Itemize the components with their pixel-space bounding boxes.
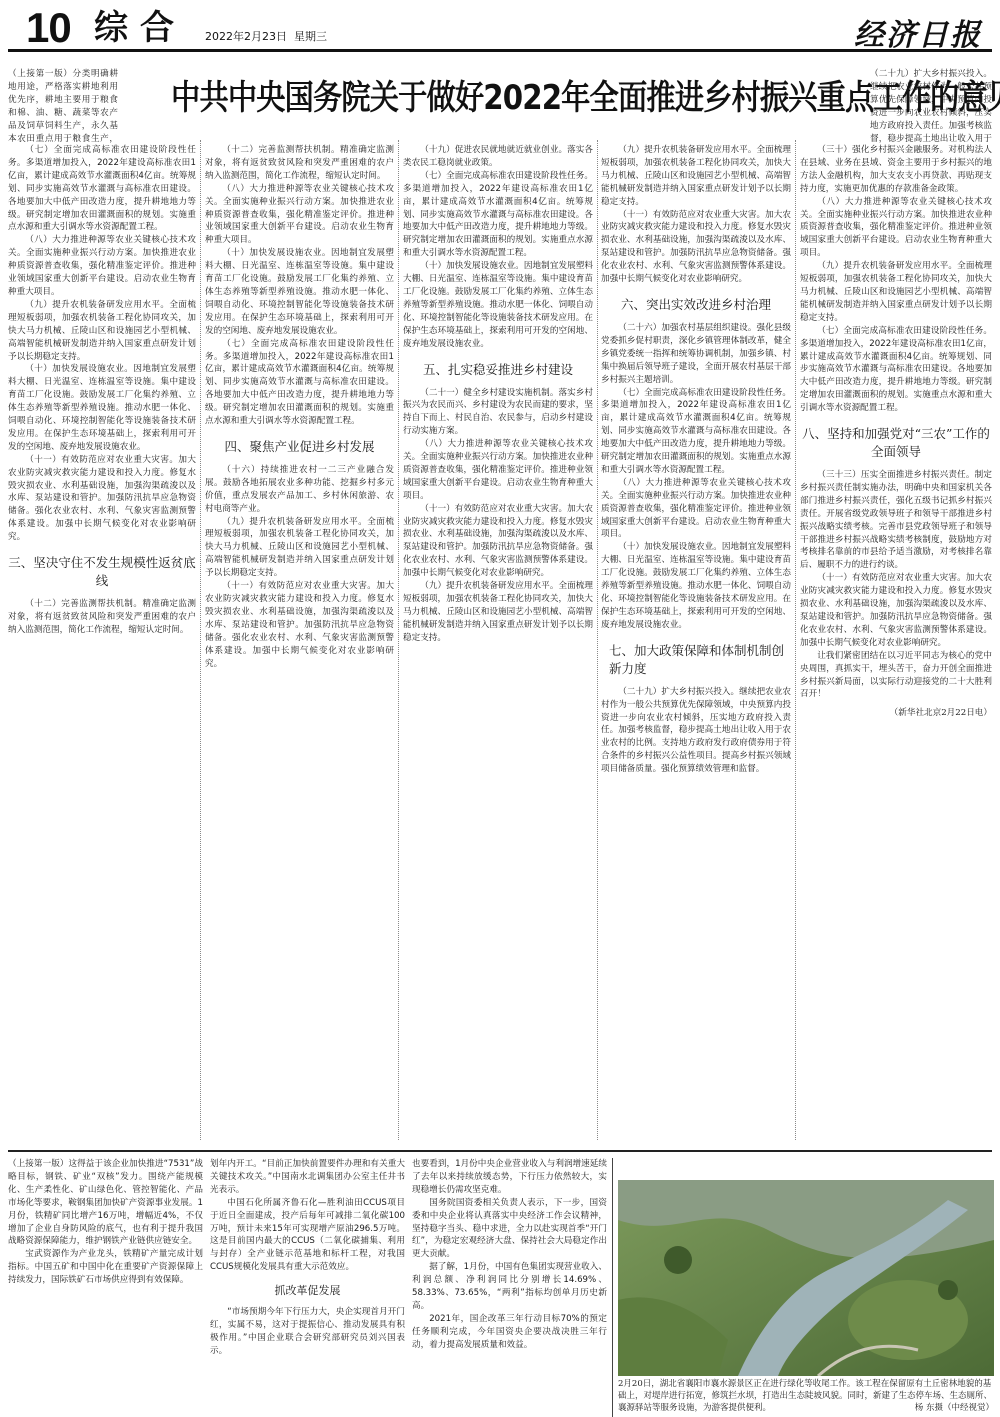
section-name: 综合 [94, 8, 186, 48]
masthead: 10 综合 2022年2月23日 星期三 经济日报 [8, 0, 992, 52]
paragraph: （上接第一版）这得益于该企业加快推进“7531”战略目标，钢铁、矿业“双核”发力… [8, 1158, 203, 1248]
subheading: 抓改革促发展 [210, 1282, 405, 1300]
paragraph: （七）全面完成高标准农田建设阶段性任务。多渠道增加投入，2022年建设高标准农田… [601, 387, 791, 477]
lead-paragraph: （上接第一版）分类明确耕地用途，严格落实耕地利用优先序，耕地主要用于粮食和棉、油… [8, 68, 118, 144]
paragraph: （七）全面完成高标准农田建设阶段性任务。多渠道增加投入，2022年建设高标准农田… [205, 338, 394, 428]
story-separator [8, 1150, 992, 1152]
page-number: 10 [26, 6, 71, 50]
paragraph: “市场预期今年下行压力大，央企实现首月开门红，实属不易，这对于提振信心、推动发展… [210, 1306, 405, 1358]
paragraph: （十一）有效防范应对农业重大灾害。加大农业防灾减灾救灾能力建设和投入力度。修复水… [403, 503, 593, 580]
column-rule [612, 1158, 613, 1417]
dateline: （新华社北京2月22日电） [800, 707, 992, 720]
paragraph: （八）大力推进种源等农业关键核心技术攻关。全面实施种业振兴行动方案。加快推进农业… [205, 183, 394, 248]
paragraph: （十一）有效防范应对农业重大灾害。加大农业防灾减灾救灾能力建设和投入力度。修复水… [205, 580, 394, 670]
column-rule [200, 140, 201, 1140]
paragraph: （二十九）扩大乡村振兴投入。继续把农业农村作为一般公共预算优先保障领域，中央预算… [601, 686, 791, 776]
paragraph: 也要看到，1月份中央企业营业收入与利润增速延续了去年以来持续放缓态势，下行压力依… [412, 1158, 607, 1197]
paragraph: 划年内开工。“目前正加快前置要件办理和有关重大关键技术攻关。”中国南水北调集团办… [210, 1158, 405, 1197]
paragraph: （八）大力推进种源等农业关键核心技术攻关。全面实施种业振兴行动方案。加快推进农业… [8, 234, 196, 299]
section-heading-7: 七、加大政策保障和体制机制创新力度 [601, 642, 791, 678]
column-rule [795, 140, 796, 1140]
aerial-park-photo-icon [618, 1180, 994, 1376]
news-photo [618, 1180, 994, 1376]
paragraph: 中国石化所属齐鲁石化—胜利油田CCUS项目于近日全面建成，投产后每年可减排二氧化… [210, 1197, 405, 1274]
paragraph: （二十一）健全乡村建设实施机制。落实乡村振兴为农民而兴、乡村建设为农民而建的要求… [403, 387, 593, 439]
paragraph: 宝武资源作为产业龙头，铁精矿产量完成计划指标。中国五矿和中国中化在重要矿产资源保… [8, 1248, 203, 1287]
section-heading-8: 八、坚持和加强党对“三农”工作的全面领导 [800, 425, 992, 461]
paragraph: （二十九）扩大乡村振兴投入。继续把农业农村作为一般公共预算优先保障领域，中央预算… [870, 68, 992, 144]
paragraph: 据了解，1月份，中国有色集团实现营业收入、利润总额、净利润同比分别增长14.69… [412, 1261, 607, 1313]
paper-logo: 经济日报 [854, 10, 982, 54]
section-heading-4: 四、聚焦产业促进乡村发展 [205, 438, 394, 456]
paragraph: （十）加快发展设施农业。因地制宜发展塑料大棚、日光温室、连栋温室等设施。集中建设… [8, 363, 196, 453]
paragraph: （九）提升农机装备研发应用水平。全面梳理短板弱项，加强农机装备工程化协同攻关，加… [800, 260, 992, 325]
paragraph: （九）提升农机装备研发应用水平。全面梳理短板弱项，加强农机装备工程化协同攻关，加… [8, 299, 196, 364]
article-column-2: （十二）完善监测帮扶机制。精准确定监测对象，将有返贫致贫风险和突发严重困难的农户… [205, 144, 394, 1144]
paragraph: （十二）完善监测帮扶机制。精准确定监测对象，将有返贫致贫风险和突发严重困难的农户… [205, 144, 394, 183]
weekday: 星期三 [294, 30, 327, 43]
photo-caption: 2月20日，湖北省襄阳市襄水源景区正在进行绿化等收尾工作。该工程在保留原有土丘密… [618, 1378, 994, 1414]
issue-date: 2022年2月23日 星期三 [205, 28, 327, 44]
article-column-3: （十九）促进农民就地就近就业创业。落实各类农民工稳岗就业政策。 （七）全面完成高… [403, 144, 593, 1144]
paragraph: （九）提升农机装备研发应用水平。全面梳理短板弱项，加强农机装备工程化协同攻关，加… [205, 516, 394, 581]
paragraph: （十）加快发展设施农业。因地制宜发展塑料大棚、日光温室、连栋温室等设施。集中建设… [403, 260, 593, 350]
column-rule [398, 140, 399, 1140]
paragraph: 国务院国资委相关负责人表示，下一步，国资委和中央企业将认真落实中央经济工作会议精… [412, 1197, 607, 1262]
paragraph: （八）大力推进种源等农业关键核心技术攻关。全面实施种业振兴行动方案。加快推进农业… [601, 477, 791, 542]
paragraph: （十六）持续推进农村一二三产业融合发展。鼓励各地拓展农业多种功能、挖掘乡村多元价… [205, 464, 394, 516]
article-column-1: （七）全面完成高标准农田建设阶段性任务。多渠道增加投入，2022年建设高标准农田… [8, 144, 196, 1144]
section-heading-6: 六、突出实效改进乡村治理 [601, 296, 791, 314]
article-column-5: （三十）强化乡村振兴金融服务。对机构法人在县域、业务在县域、资金主要用于乡村振兴… [800, 144, 992, 1154]
paragraph: （八）大力推进种源等农业关键核心技术攻关。全面实施种业振兴行动方案。加快推进农业… [403, 438, 593, 503]
closing-paragraph: 让我们紧密团结在以习近平同志为核心的党中央周围，真抓实干，埋头苦干，奋力开创全面… [800, 650, 992, 702]
paragraph: （十一）有效防范应对农业重大灾害。加大农业防灾减灾救灾能力建设和投入力度。修复水… [601, 209, 791, 286]
section-heading-5: 五、扎实稳妥推进乡村建设 [403, 361, 593, 379]
column-rule [597, 140, 598, 1140]
bottom-story-column-2: 划年内开工。“目前正加快前置要件办理和有关重大关键技术攻关。”中国南水北调集团办… [210, 1158, 405, 1417]
paragraph: （十二）完善监测帮扶机制。精准确定监测对象，将有返贫致贫风险和突发严重困难的农户… [8, 598, 196, 637]
paragraph: （十）加快发展设施农业。因地制宜发展塑料大棚、日光温室、连栋温室等设施。集中建设… [205, 247, 394, 337]
paragraph: （十一）有效防范应对农业重大灾害。加大农业防灾减灾救灾能力建设和投入力度。修复水… [8, 454, 196, 544]
section-heading-3: 三、坚决守住不发生规模性返贫底线 [8, 554, 196, 590]
paragraph: （十一）有效防范应对农业重大灾害。加大农业防灾减灾救灾能力建设和投入力度。修复水… [800, 572, 992, 649]
paragraph: 2021年，国企改革三年行动目标70%的预定任务顺利完成，今年国资央企要决战决胜… [412, 1313, 607, 1352]
article-headline: 中共中央国务院关于做好2022年全面推进乡村振兴重点工作的意见 [171, 76, 823, 120]
paragraph: （七）全面完成高标准农田建设阶段性任务。多渠道增加投入，2022年建设高标准农田… [403, 170, 593, 260]
paragraph: （七）全面完成高标准农田建设阶段性任务。多渠道增加投入，2022年建设高标准农田… [8, 144, 196, 234]
column-5-wrap-text: （二十九）扩大乡村振兴投入。继续把农业农村作为一般公共预算优先保障领域，中央预算… [870, 68, 992, 144]
bottom-story-column-1: （上接第一版）这得益于该企业加快推进“7531”战略目标，钢铁、矿业“双核”发力… [8, 1158, 203, 1417]
paragraph: （十九）促进农民就地就近就业创业。落实各类农民工稳岗就业政策。 [403, 144, 593, 170]
paragraph: （三十三）压实全面推进乡村振兴责任。制定乡村振兴责任制实施办法，明确中央和国家机… [800, 469, 992, 572]
article-column-4: （九）提升农机装备研发应用水平。全面梳理短板弱项，加强农机装备工程化协同攻关，加… [601, 144, 791, 1144]
paragraph: （十）加快发展设施农业。因地制宜发展塑料大棚、日光温室、连栋温室等设施。集中建设… [601, 541, 791, 631]
bottom-story-column-3: 也要看到，1月份中央企业营业收入与利润增速延续了去年以来持续放缓态势，下行压力依… [412, 1158, 607, 1417]
lead-wrap-text: （上接第一版）分类明确耕地用途，严格落实耕地利用优先序，耕地主要用于粮食和棉、油… [8, 68, 118, 144]
paragraph: （七）全面完成高标准农田建设阶段性任务。多渠道增加投入，2022年建设高标准农田… [800, 325, 992, 415]
paragraph: （九）提升农机装备研发应用水平。全面梳理短板弱项，加强农机装备工程化协同攻关，加… [601, 144, 791, 209]
paragraph: （八）大力推进种源等农业关键核心技术攻关。全面实施种业振兴行动方案。加快推进农业… [800, 196, 992, 261]
photo-credit: 杨 东摄（中经视觉） [915, 1402, 994, 1414]
paragraph: （二十六）加强农村基层组织建设。强化县级党委抓乡促村职责，深化乡镇管理体制改革，… [601, 322, 791, 387]
paragraph: （九）提升农机装备研发应用水平。全面梳理短板弱项，加强农机装备工程化协同攻关，加… [403, 580, 593, 645]
paragraph: （三十）强化乡村振兴金融服务。对机构法人在县域、业务在县域、资金主要用于乡村振兴… [800, 144, 992, 196]
date: 2022年2月23日 [205, 30, 287, 43]
